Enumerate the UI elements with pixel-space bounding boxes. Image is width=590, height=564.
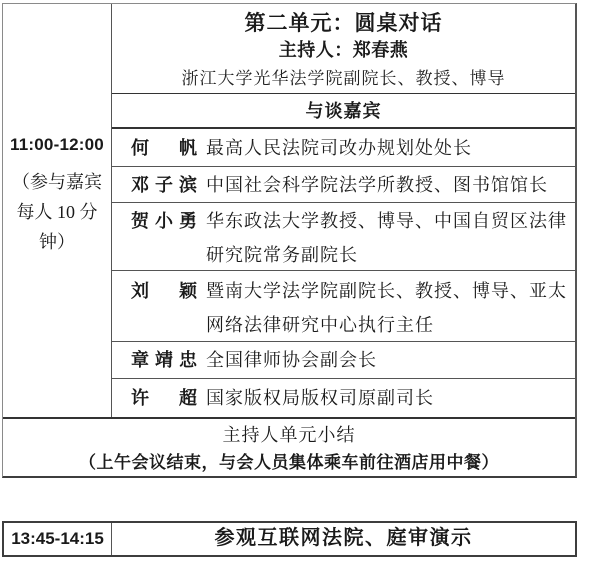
guest-row-6: 许超 国家版权局版权司原副司长 — [112, 379, 575, 417]
guest-name: 邓子滨 — [131, 167, 197, 203]
guest-row-5: 章靖忠 全国律师协会副会长 — [112, 342, 575, 379]
session-time-cell: 11:00-12:00 （参与嘉宾 每人 10 分 钟） — [3, 4, 112, 417]
guest-row-3: 贺小勇 华东政法大学教授、博导、中国自贸区法律研究院常务副院长 — [112, 203, 575, 271]
afternoon-activity-table: 13:45-14:15 参观互联网法院、庭审演示 — [2, 521, 577, 557]
guest-title: 中国社会科学院法学所教授、图书馆馆长 — [206, 167, 574, 203]
time-note-line-3: 钟） — [3, 227, 111, 257]
afternoon-time: 13:45-14:15 — [4, 523, 112, 555]
session-upper-section: 11:00-12:00 （参与嘉宾 每人 10 分 钟） 第二单元：圆桌对话 主… — [3, 4, 575, 419]
time-note-line-2: 每人 10 分 — [3, 197, 111, 227]
guest-name: 何帆 — [131, 129, 197, 167]
guests-header: 与谈嘉宾 — [112, 94, 575, 129]
guest-name: 贺小勇 — [131, 204, 197, 238]
session-summary: 主持人单元小结 — [3, 422, 575, 449]
guest-title: 国家版权局版权司原副司长 — [206, 379, 574, 417]
session-host: 主持人：郑春燕 — [112, 38, 575, 63]
session-summary-section: 主持人单元小结 （上午会议结束，与会人员集体乘车前往酒店用中餐） — [3, 419, 575, 476]
guest-row-1: 何帆 最高人民法院司改办规划处处长 — [112, 129, 575, 167]
agenda-page: 11:00-12:00 （参与嘉宾 每人 10 分 钟） 第二单元：圆桌对话 主… — [0, 0, 590, 564]
session-time-note: （参与嘉宾 每人 10 分 钟） — [3, 167, 111, 257]
time-note-line-1: （参与嘉宾 — [3, 167, 111, 197]
session-time: 11:00-12:00 — [3, 135, 111, 155]
afternoon-activity: 参观互联网法院、庭审演示 — [112, 523, 575, 555]
guest-title: 全国律师协会副会长 — [206, 342, 574, 379]
guest-title: 暨南大学法学院副院长、教授、博导、亚太网络法律研究中心执行主任 — [206, 274, 574, 342]
guest-row-2: 邓子滨 中国社会科学院法学所教授、图书馆馆长 — [112, 167, 575, 203]
guest-name: 章靖忠 — [131, 342, 197, 379]
guest-title: 华东政法大学教授、博导、中国自贸区法律研究院常务副院长 — [206, 204, 574, 272]
guest-title: 最高人民法院司改办规划处处长 — [206, 129, 574, 167]
guest-name: 刘颖 — [131, 274, 197, 308]
session-header: 第二单元：圆桌对话 主持人：郑春燕 浙江大学光华法学院副院长、教授、博导 — [112, 4, 575, 94]
guest-row-4: 刘颖 暨南大学法学院副院长、教授、博导、亚太网络法律研究中心执行主任 — [112, 271, 575, 342]
session-agenda-table: 11:00-12:00 （参与嘉宾 每人 10 分 钟） 第二单元：圆桌对话 主… — [2, 3, 577, 478]
session-closing-note: （上午会议结束，与会人员集体乘车前往酒店用中餐） — [3, 449, 575, 476]
session-content-cell: 第二单元：圆桌对话 主持人：郑春燕 浙江大学光华法学院副院长、教授、博导 与谈嘉… — [112, 4, 575, 417]
guest-name: 许超 — [131, 379, 197, 417]
session-title: 第二单元：圆桌对话 — [112, 9, 575, 38]
session-host-affiliation: 浙江大学光华法学院副院长、教授、博导 — [112, 63, 575, 94]
